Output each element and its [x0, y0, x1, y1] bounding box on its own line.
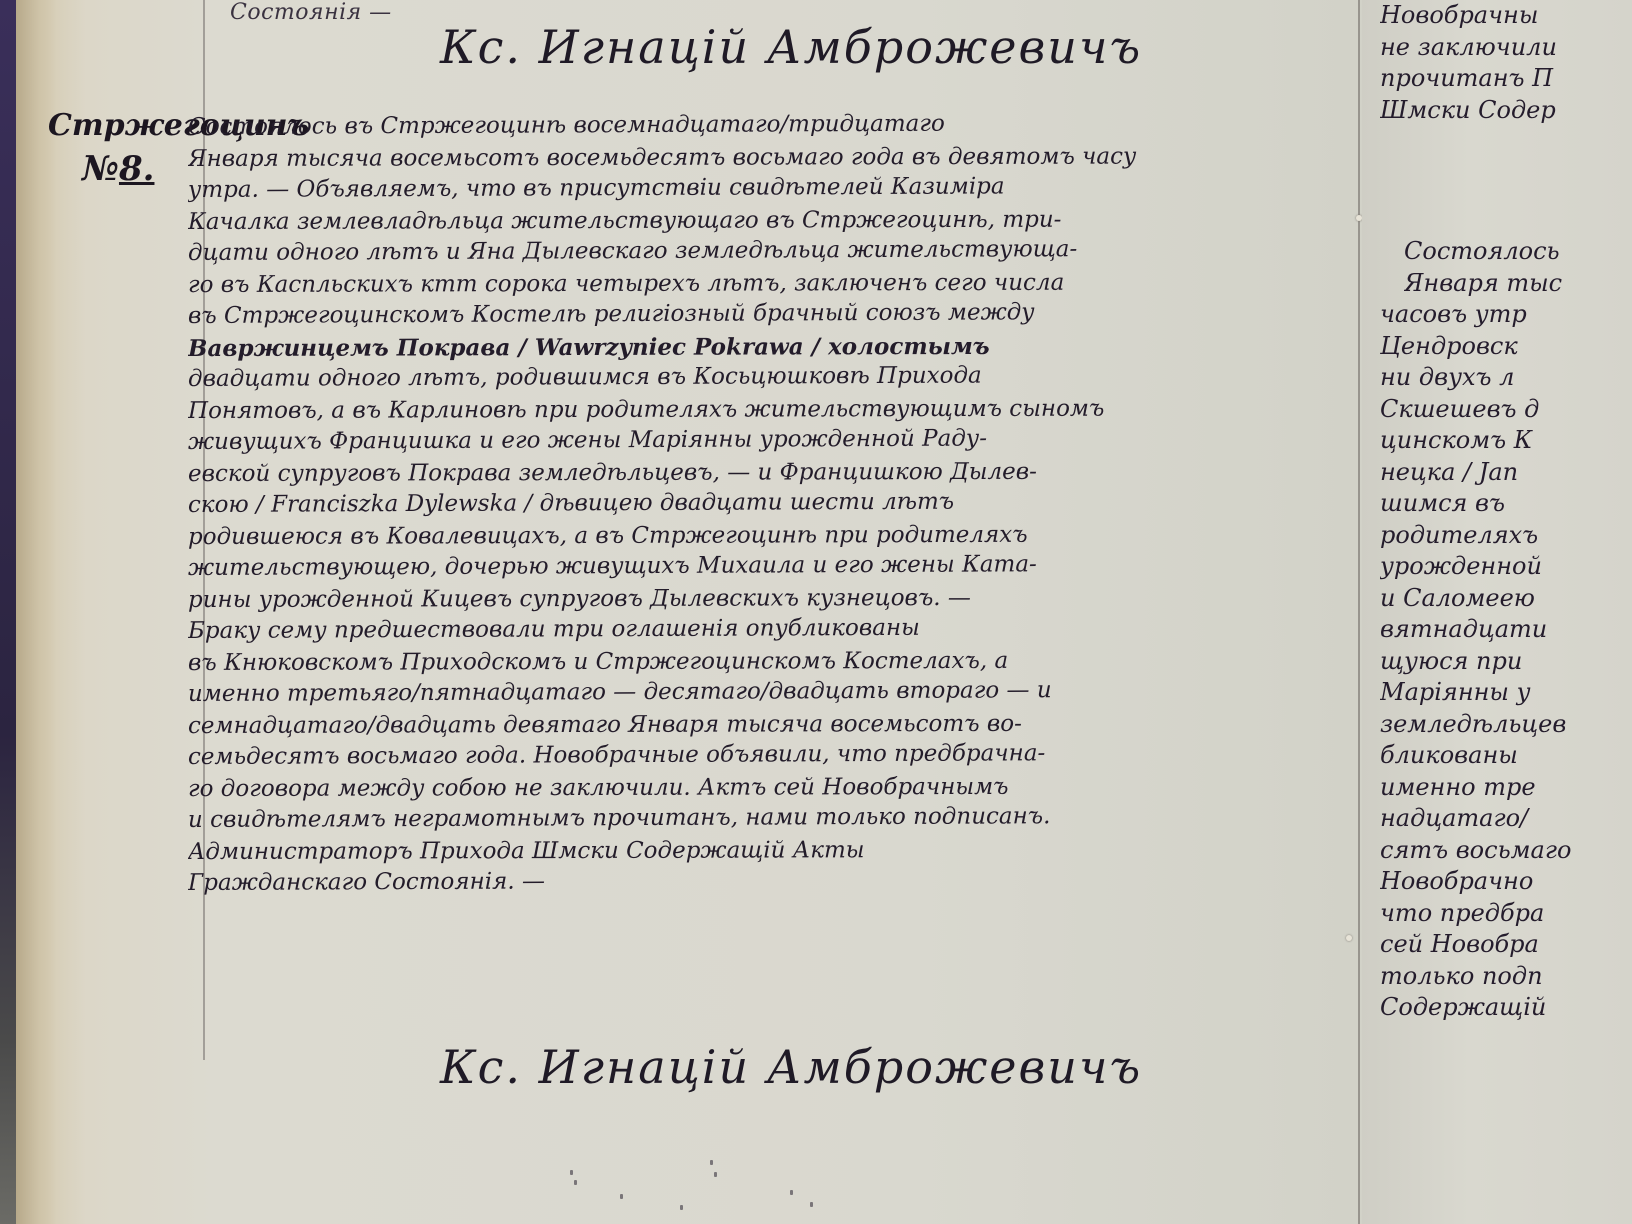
- right-line: вятнадцати: [1380, 614, 1632, 646]
- entry-line: Гражданскаго Состоянія. —: [188, 863, 1338, 900]
- entry-line: дцати одного лѣтъ и Яна Дылевскаго земле…: [188, 233, 1338, 270]
- right-line: именно тре: [1380, 772, 1632, 804]
- entry-line: живущихъ Францишка и его жены Маріянны у…: [188, 422, 1338, 459]
- right-page-prev-entry: Новобрачны не заключили прочитанъ П Шмск…: [1380, 0, 1632, 126]
- entry-line: и свидѣтелямъ неграмотнымъ прочитанъ, на…: [188, 800, 1338, 837]
- right-line: щуюся при: [1380, 646, 1632, 678]
- right-line: Шмски Содер: [1380, 95, 1632, 127]
- right-line: Маріянны у: [1380, 677, 1632, 709]
- entry-number-value: 8.: [119, 149, 155, 189]
- right-line: часовъ утр: [1380, 299, 1632, 331]
- right-line: Новобрачны: [1380, 0, 1632, 32]
- right-line: Состоялось: [1404, 236, 1632, 268]
- ink-specks: [560, 1150, 860, 1220]
- right-line: нецка / Jan: [1380, 457, 1632, 489]
- right-line: Января тыс: [1404, 268, 1632, 300]
- priest-signature-top: Кс. Игнацій Амброжевичъ: [440, 20, 1142, 74]
- entry-line: именно третьяго/пятнадцатаго — десятаго/…: [188, 674, 1338, 711]
- binding-stitch: [1346, 935, 1352, 941]
- right-line: Цендровск: [1380, 331, 1632, 363]
- number-sign: №: [82, 149, 119, 189]
- entry-line: жительствующею, дочерью живущихъ Михаила…: [188, 548, 1338, 585]
- right-line: Содержащій: [1380, 992, 1632, 1024]
- marriage-act-text: Состоялось въ Стржегоцинѣ восемнадцатаго…: [188, 112, 1338, 900]
- right-line: только подп: [1380, 961, 1632, 993]
- entry-line: утра. — Объявляемъ, что въ присутствіи с…: [188, 170, 1338, 207]
- entry-line: Состоялось въ Стржегоцинѣ восемнадцатаго…: [188, 107, 1338, 144]
- right-line: цинскомъ К: [1380, 425, 1632, 457]
- entry-line: Браку сему предшествовали три оглашенія …: [188, 611, 1338, 648]
- entry-line: въ Стржегоцинскомъ Костелѣ религіозный б…: [188, 296, 1338, 333]
- previous-entry-tail: Состоянія —: [230, 0, 392, 25]
- right-line: сей Новобра: [1380, 929, 1632, 961]
- entry-line: скою / Franciszka Dylewska / дѣвицею два…: [188, 485, 1338, 522]
- right-line: что предбра: [1380, 898, 1632, 930]
- right-line: земледѣльцев: [1380, 709, 1632, 741]
- priest-signature-bottom: Кс. Игнацій Амброжевичъ: [440, 1040, 1142, 1094]
- right-line: надцатаго/: [1380, 803, 1632, 835]
- right-line: Скшешевъ д: [1380, 394, 1632, 426]
- desk-background: [0, 0, 16, 1224]
- right-line: шимся въ: [1380, 488, 1632, 520]
- right-page-next-entry: Состоялось Января тыс часовъ утр Цендров…: [1380, 236, 1632, 1024]
- page-gutter: [1358, 0, 1360, 1224]
- entry-line: семьдесятъ восьмаго года. Новобрачные об…: [188, 737, 1338, 774]
- right-line: не заключили: [1380, 32, 1632, 64]
- right-line: родителяхъ: [1380, 520, 1632, 552]
- right-line: сятъ восьмаго: [1380, 835, 1632, 867]
- right-line: и Саломеею: [1380, 583, 1632, 615]
- right-line: бликованы: [1380, 740, 1632, 772]
- right-line: ни двухъ л: [1380, 362, 1632, 394]
- entry-line: двадцати одного лѣтъ, родившимся въ Кось…: [188, 359, 1338, 396]
- right-line: Новобрачно: [1380, 866, 1632, 898]
- right-line: прочитанъ П: [1380, 63, 1632, 95]
- right-line: урожденной: [1380, 551, 1632, 583]
